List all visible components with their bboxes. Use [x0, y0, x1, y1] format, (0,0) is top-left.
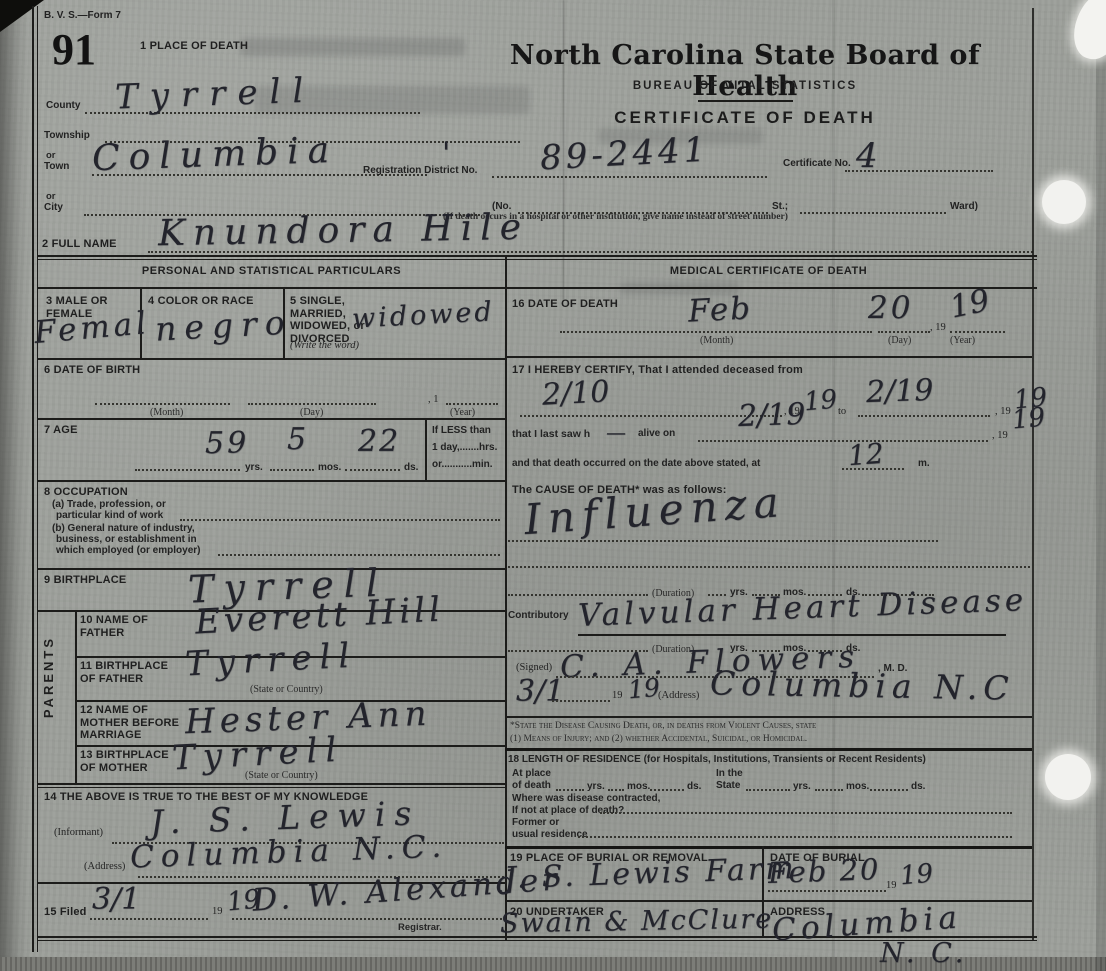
- last-saw-date-value: 2/19: [737, 397, 806, 434]
- registration-district-value: 89-2441: [539, 130, 710, 179]
- death-hour-line: [842, 468, 904, 470]
- street-line: [800, 212, 946, 214]
- death-month-caption: (Month): [700, 335, 733, 346]
- dob-year-comma: , 1: [428, 394, 439, 407]
- res-yrs-b: yrs.: [793, 781, 811, 793]
- death-day-line: [878, 331, 930, 333]
- center-divider: [505, 255, 507, 940]
- res-ds-a: ds.: [687, 781, 701, 793]
- mother-state-caption: (State or Country): [245, 770, 318, 781]
- parents-divider: [75, 610, 77, 783]
- res-line-b: [608, 789, 624, 791]
- age-mos-label: mos.: [318, 462, 341, 474]
- certify-label: 17 I HEREBY CERTIFY, That I attended dec…: [512, 364, 803, 377]
- scan-streak: [832, 0, 835, 971]
- bureau-subtitle: BUREAU OF VITAL STATISTICS: [495, 80, 995, 93]
- date-of-death-label: 16 DATE OF DEATH: [512, 298, 618, 311]
- death-day-value: 20: [868, 290, 913, 326]
- death-year-caption: (Year): [950, 335, 975, 346]
- form-number: B. V. S.—Form 7: [44, 10, 121, 22]
- city-label: City: [44, 202, 63, 214]
- father-birthplace-label: 11 BIRTHPLACE OF FATHER: [80, 660, 175, 685]
- residence-where-2: If not at place of death?: [512, 805, 624, 817]
- death-month-line: [560, 331, 872, 333]
- death-hour-value: 12: [847, 437, 885, 472]
- age-years-value: 59: [205, 426, 249, 461]
- res-mos-a: mos.: [627, 781, 650, 793]
- sheet-number: 91: [52, 28, 96, 72]
- father-name-label: 10 NAME OF FATHER: [80, 614, 164, 639]
- res-line-d: [746, 789, 790, 791]
- death-year-line: [950, 331, 1005, 333]
- contributory-value: Valvular Heart Disease: [578, 582, 1028, 634]
- rule: [38, 418, 505, 420]
- occupation-b2: business, or establishment in: [56, 534, 197, 546]
- rule: [38, 358, 505, 360]
- burial-year-value: 19: [899, 859, 935, 892]
- mother-birthplace-label: 13 BIRTHPLACE OF MOTHER: [80, 749, 175, 774]
- cause-line-1: [508, 540, 938, 542]
- age-days-line: [345, 469, 400, 471]
- attended-to-word: to: [838, 406, 846, 419]
- age-days-value: 22: [358, 424, 400, 459]
- residence-in-the-1: In the: [716, 768, 743, 780]
- res-line-c: [650, 789, 684, 791]
- signed-year-prefix: 19: [612, 690, 623, 703]
- signed-date-value: 3/1: [516, 674, 564, 709]
- res-yrs-a: yrs.: [587, 781, 605, 793]
- or-city-or: or: [46, 191, 56, 202]
- registration-district-line: [492, 176, 767, 178]
- death-hour-m-label: m.: [918, 458, 930, 470]
- occupation-a-line: [180, 519, 500, 521]
- res-mos-b: mos.: [846, 781, 869, 793]
- death-year-prefix: , 19: [930, 322, 946, 335]
- rule: [38, 783, 505, 785]
- header-divider: [698, 100, 793, 102]
- dob-day-line: [248, 403, 376, 405]
- age-less-line2: 1 day,.......hrs.: [432, 442, 497, 454]
- age-months-value: 5: [287, 422, 306, 457]
- res-line-a: [556, 789, 584, 791]
- filed-label: 15 Filed: [44, 906, 87, 919]
- dob-year-line: [446, 403, 498, 405]
- signed-caption: (Signed): [516, 662, 552, 675]
- attended-from-year: 19: [803, 385, 839, 418]
- signed-date-line: [552, 700, 610, 702]
- filed-date-value: 3/1: [92, 882, 140, 917]
- informant-address-caption: (Address): [84, 861, 125, 874]
- dob-day-caption: (Day): [300, 407, 323, 418]
- personal-section-title: PERSONAL AND STATISTICAL PARTICULARS: [38, 265, 505, 278]
- res-ds-b: ds.: [911, 781, 925, 793]
- rule: [38, 259, 1037, 260]
- registration-district-label: Registration District No.: [363, 165, 477, 177]
- parents-label: PARENTS: [42, 636, 68, 718]
- occupation-b3: which employed (or employer): [56, 545, 200, 557]
- age-label: 7 AGE: [44, 424, 78, 437]
- alive-on-label: alive on: [638, 428, 675, 440]
- race-value: negro: [154, 302, 293, 348]
- res-line-e: [815, 789, 843, 791]
- signed-address-caption: (Address): [658, 690, 699, 703]
- contributory-label: Contributory: [508, 610, 569, 622]
- residence-former-2: usual residence: [512, 829, 588, 841]
- birthplace-label: 9 BIRTHPLACE: [44, 574, 126, 587]
- torn-corner: [1068, 0, 1106, 65]
- occupation-label: 8 OCCUPATION: [44, 486, 128, 499]
- township-label: Township: [44, 130, 90, 142]
- right-border: [1032, 8, 1034, 940]
- heavy-rule: [505, 748, 1032, 751]
- certificate-no-value: 4: [856, 136, 878, 176]
- undertaker-value: Swain & McClure: [500, 904, 774, 940]
- rule: [505, 716, 1032, 718]
- death-year-value: 19: [947, 282, 993, 325]
- contributory-underline: [578, 634, 1006, 636]
- punch-hole-top: [1042, 180, 1086, 224]
- occupation-b1: (b) General nature of industry,: [52, 523, 195, 535]
- burial-date-line: [768, 890, 886, 892]
- attended-to-line: [858, 415, 990, 417]
- residence-label: 18 LENGTH OF RESIDENCE (for Hospitals, I…: [508, 754, 1033, 766]
- left-margin-rule-outer: [32, 6, 34, 952]
- age-months-line: [270, 469, 314, 471]
- death-day-caption: (Day): [888, 335, 911, 346]
- footnote-line1: *State the Disease Causing Death, or, in…: [510, 720, 1022, 732]
- place-of-death-label: 1 PLACE OF DEATH: [140, 40, 248, 53]
- attended-from-value: 2/10: [541, 374, 610, 412]
- certificate-title: CERTIFICATE OF DEATH: [495, 108, 995, 128]
- rule: [505, 356, 1032, 358]
- attended-to-year-prefix: , 19: [995, 406, 1011, 419]
- last-saw-line: [698, 440, 988, 442]
- father-state-caption: (State or Country): [250, 684, 323, 695]
- age-years-line: [135, 469, 240, 471]
- burial-year-prefix: 19: [886, 880, 897, 893]
- death-month-value: Feb: [687, 290, 753, 329]
- signed-address-value: Columbia N.C: [710, 663, 1015, 707]
- rule: [38, 787, 505, 788]
- dob-month-line: [95, 403, 230, 405]
- rule: [38, 287, 1037, 289]
- residence-in-the-2: State: [716, 780, 740, 792]
- bleed-through-ghost: [240, 38, 465, 56]
- age-yrs-label: yrs.: [245, 462, 263, 474]
- occupation-a1: (a) Trade, profession, or: [52, 499, 166, 511]
- mother-name-label: 12 NAME OF MOTHER BEFORE MARRIAGE: [80, 704, 200, 742]
- marital-value: widowed: [351, 296, 495, 334]
- county-value: Tyrrell: [114, 71, 316, 118]
- registrar-line: [232, 918, 502, 920]
- town-value: Columbia: [91, 130, 338, 180]
- footnote-line2: (1) Means of Injury; and (2) whether Acc…: [510, 733, 1022, 745]
- father-birthplace-value: Tyrrell: [184, 636, 358, 685]
- rule: [38, 255, 1037, 257]
- heavy-rule: [505, 846, 1032, 849]
- last-saw-mark: —: [606, 420, 626, 444]
- rule: [38, 480, 505, 482]
- attended-to-value: 2/19: [865, 373, 934, 410]
- age-less-line3: or...........min.: [432, 459, 493, 471]
- filed-date-line: [90, 918, 208, 920]
- residence-where-line: [600, 812, 1012, 814]
- dob-year-caption: (Year): [450, 407, 475, 418]
- death-certificate-scan: B. V. S.—Form 7 91 1 PLACE OF DEATH Nort…: [0, 0, 1106, 971]
- cell-divider: [425, 418, 427, 480]
- death-occurred-label: and that death occurred on the date abov…: [512, 458, 760, 470]
- dob-month-caption: (Month): [150, 407, 183, 418]
- last-saw-year-prefix: , 19: [992, 430, 1008, 443]
- residence-at-place-1: At place: [512, 768, 551, 780]
- residence-former-line: [578, 836, 1012, 838]
- age-less-line1: If LESS than: [432, 425, 491, 437]
- left-margin-rule-inner: [37, 6, 38, 952]
- medical-section-title: MEDICAL CERTIFICATE OF DEATH: [505, 265, 1032, 278]
- left-edge-shadow: [0, 0, 30, 971]
- last-saw-label: that I last saw h: [512, 428, 590, 441]
- or-town-or: or: [46, 150, 56, 161]
- right-edge-shadow: [1096, 0, 1106, 971]
- full-name-value: Knundora Hile: [158, 207, 530, 254]
- residence-former-1: Former or: [512, 817, 559, 829]
- dob-label: 6 DATE OF BIRTH: [44, 364, 140, 377]
- res-line-f: [870, 789, 908, 791]
- age-ds-label: ds.: [404, 462, 418, 474]
- registrar-caption: Registrar.: [398, 922, 442, 933]
- cause-line-2: [508, 566, 1030, 568]
- certificate-no-label: Certificate No.: [783, 158, 851, 170]
- undertaker-address-value2: N. C.: [880, 938, 967, 969]
- occupation-b-line: [218, 554, 500, 556]
- full-name-label: 2 FULL NAME: [42, 238, 117, 251]
- filed-year-prefix: 19: [212, 906, 223, 919]
- residence-at-place-2: of death: [512, 780, 551, 792]
- last-saw-year: 19: [1011, 402, 1047, 435]
- county-label: County: [46, 100, 80, 112]
- punch-hole-bottom: [1045, 754, 1091, 800]
- town-label: Town: [44, 161, 69, 173]
- marital-note: (Write the word): [290, 340, 359, 353]
- ward-label: Ward): [950, 201, 978, 213]
- signed-year-value: 19: [627, 673, 661, 705]
- burial-date-value: Feb 20: [767, 852, 881, 890]
- residence-where-1: Where was disease contracted,: [512, 793, 660, 805]
- occupation-a2: particular kind of work: [56, 510, 163, 522]
- informant-caption: (Informant): [54, 827, 103, 840]
